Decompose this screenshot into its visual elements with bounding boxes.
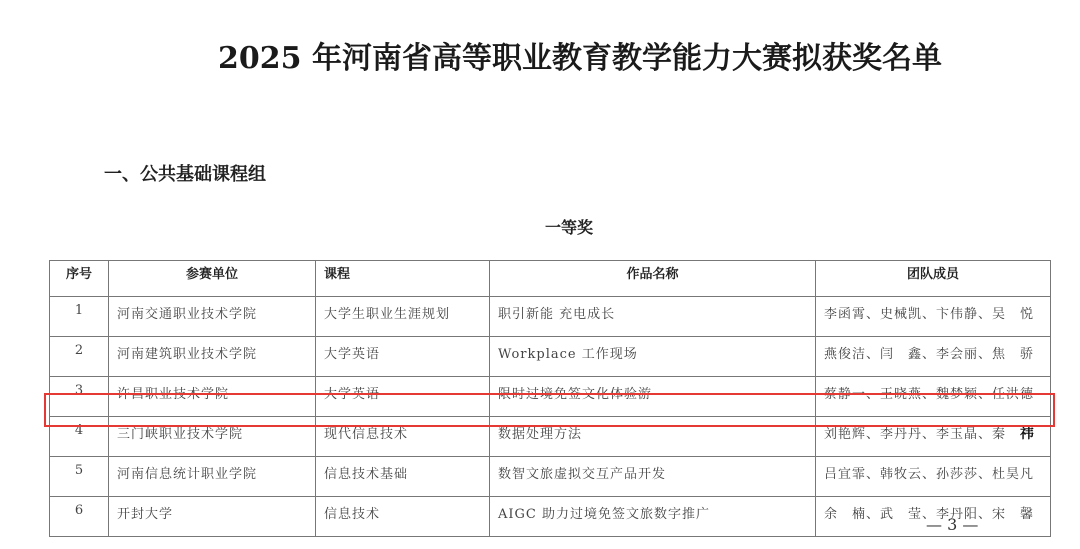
cell-unit: 三门峡职业技术学院 (109, 417, 316, 457)
cell-no: 4 (50, 417, 109, 457)
cell-course: 大学英语 (316, 337, 490, 377)
cell-work: Workplace 工作现场 (490, 337, 816, 377)
cell-work: AIGC 助力过境免签文旅数字推广 (490, 497, 816, 537)
cell-no: 3 (50, 377, 109, 417)
cell-work: 限时过境免签文化体验游 (490, 377, 816, 417)
cell-course: 现代信息技术 (316, 417, 490, 457)
cell-work: 职引新能 充电成长 (490, 297, 816, 337)
cell-unit: 河南信息统计职业学院 (109, 457, 316, 497)
cell-members: 刘艳辉、李丹丹、李玉晶、秦 祎 (816, 417, 1051, 457)
cell-members: 蔡静一、王晓燕、魏梦颖、任洪德 (816, 377, 1051, 417)
section-heading: 一、公共基础课程组 (104, 160, 266, 186)
header-course: 课程 (316, 261, 490, 297)
table-row: 5 河南信息统计职业学院 信息技术基础 数智文旅虚拟交互产品开发 吕宜霏、韩牧云… (50, 457, 1051, 497)
cell-members: 燕俊洁、闫 鑫、李会丽、焦 骄 (816, 337, 1051, 377)
award-table: 序号 参赛单位 课程 作品名称 团队成员 1 河南交通职业技术学院 大学生职业生… (49, 260, 1051, 537)
header-work: 作品名称 (490, 261, 816, 297)
cell-unit: 许昌职业技术学院 (109, 377, 316, 417)
cell-no: 2 (50, 337, 109, 377)
header-members: 团队成员 (816, 261, 1051, 297)
cell-course: 信息技术基础 (316, 457, 490, 497)
cell-no: 1 (50, 297, 109, 337)
document-title: 2025 年河南省高等职业教育教学能力大赛拟获奖名单 (0, 33, 1080, 77)
cell-no: 5 (50, 457, 109, 497)
cell-course: 大学英语 (316, 377, 490, 417)
header-unit: 参赛单位 (109, 261, 316, 297)
cell-unit: 开封大学 (109, 497, 316, 537)
table-row: 1 河南交通职业技术学院 大学生职业生涯规划 职引新能 充电成长 李函霄、史械凯… (50, 297, 1051, 337)
cell-no: 6 (50, 497, 109, 537)
cell-unit: 河南建筑职业技术学院 (109, 337, 316, 377)
header-no: 序号 (50, 261, 109, 297)
cell-work: 数据处理方法 (490, 417, 816, 457)
table-row: 2 河南建筑职业技术学院 大学英语 Workplace 工作现场 燕俊洁、闫 鑫… (50, 337, 1051, 377)
cell-course: 大学生职业生涯规划 (316, 297, 490, 337)
cell-unit: 河南交通职业技术学院 (109, 297, 316, 337)
award-level-heading: 一等奖 (0, 215, 1080, 238)
table-row-highlighted: 4 三门峡职业技术学院 现代信息技术 数据处理方法 刘艳辉、李丹丹、李玉晶、秦 … (50, 417, 1051, 457)
page-number: — 3 — (926, 515, 978, 534)
table-row: 6 开封大学 信息技术 AIGC 助力过境免签文旅数字推广 余 楠、武 莹、李丹… (50, 497, 1051, 537)
cell-course: 信息技术 (316, 497, 490, 537)
table-row: 3 许昌职业技术学院 大学英语 限时过境免签文化体验游 蔡静一、王晓燕、魏梦颖、… (50, 377, 1051, 417)
cell-work: 数智文旅虚拟交互产品开发 (490, 457, 816, 497)
cell-members: 李函霄、史械凯、卞伟静、吴 悦 (816, 297, 1051, 337)
table-header-row: 序号 参赛单位 课程 作品名称 团队成员 (50, 261, 1051, 297)
members-text: 刘艳辉、李丹丹、李玉晶、秦 (824, 427, 1020, 442)
cell-members: 吕宜霏、韩牧云、孙莎莎、杜昊凡 (816, 457, 1051, 497)
members-last-char: 祎 (1020, 426, 1035, 442)
